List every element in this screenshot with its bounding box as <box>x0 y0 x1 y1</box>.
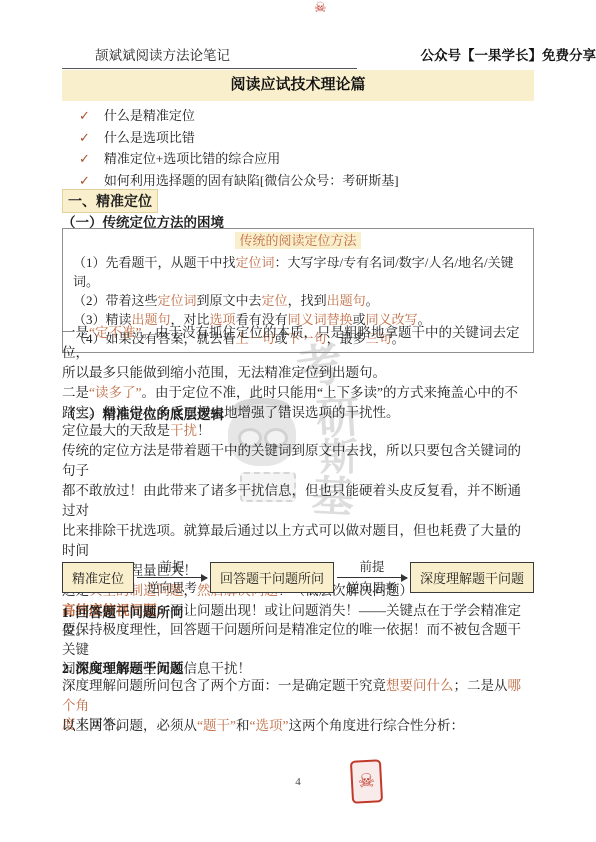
flow-node: 深度理解题干问题 <box>410 562 534 593</box>
point-heading: 2. 深度理解题干问题 <box>62 657 534 677</box>
list-item: ✓什么是选项比错 <box>62 127 534 149</box>
check-icon: ✓ <box>79 108 90 123</box>
point-heading: 1. 回答题干问题所问 <box>62 601 534 621</box>
check-icon: ✓ <box>79 151 90 166</box>
arrow-right-icon <box>337 577 407 578</box>
check-icon: ✓ <box>79 130 90 145</box>
topic-checklist: ✓什么是精准定位 ✓什么是选项比错 ✓精准定位+选项比错的综合应用 ✓如何利用选… <box>62 105 534 191</box>
arrow-head-icon <box>201 574 208 582</box>
share-note: 公众号【一果学长】免费分享 <box>362 44 596 64</box>
page-title: 阅读应试技术理论篇 <box>62 70 534 101</box>
list-item-label: 如何利用选择题的固有缺陷[微信公众号：考研斯基] <box>104 173 399 188</box>
list-item-label: 什么是选项比错 <box>104 130 195 145</box>
section-heading: 一、精准定位 <box>62 189 158 213</box>
subsection-heading: （二）精准定位的底层逻辑 <box>62 403 534 423</box>
text-line: 定位最大的天敌是干扰！ <box>62 421 534 441</box>
skull-icon: ☠ <box>314 1 327 17</box>
flow-node: 精准定位 <box>62 562 134 593</box>
skull-icon: ☠ <box>357 770 375 794</box>
text-line: （1）先看题干，从题干中找定位词：大写字母/专有名词/数字/人名/地名/关键词。 <box>73 253 523 291</box>
flow-arrow: 前提 逆向思考 <box>337 560 407 595</box>
text-line: 都不敢放过！由此带来了诸多干扰信息，但也只能硬着头皮反复看，并不断通过对 <box>62 481 534 521</box>
text-line: 一是“定不准”。由于没有抓住定位的本质，只是粗略地拿题干中的关键词去定位， <box>62 323 534 363</box>
arrow-right-icon <box>137 577 207 578</box>
list-item-label: 精准定位+选项比错的综合应用 <box>104 151 280 166</box>
section-one: 一、精准定位 <box>62 189 534 213</box>
text-line: 要保持极度理性，回答题干问题所问是精准定位的唯一依据！而不被包含题干关键 <box>62 620 534 659</box>
arrow-top-label: 前提 <box>360 560 385 574</box>
method-box-title: 传统的阅读定位方法 <box>235 232 360 249</box>
flow-node: 回答题干问题所问 <box>210 562 334 593</box>
text-line: （2）带着这些定位词到原文中去定位，找到出题句。 <box>73 291 523 310</box>
list-item: ✓如何利用选择题的固有缺陷[微信公众号：考研斯基] <box>62 170 534 192</box>
page-header: 颉斌斌阅读方法论笔记 公众号【一果学长】免费分享 <box>62 44 534 69</box>
list-item: ✓精准定位+选项比错的综合应用 <box>62 148 534 170</box>
arrow-head-icon <box>401 574 408 582</box>
flow-arrow: 前提 逆向思考 <box>137 560 207 595</box>
list-item-label: 什么是精准定位 <box>104 108 195 123</box>
arrow-bottom-label: 逆向思考 <box>347 581 397 595</box>
paragraph-closing: 以上两个问题，必须从“题干”和“选项”这两个角度进行综合性分析： <box>62 716 534 736</box>
check-icon: ✓ <box>79 173 90 188</box>
text-line: 比来排除干扰选项。就算最后通过以上方式可以做对题目，但也耗费了大量的时间 <box>62 521 534 561</box>
list-item: ✓什么是精准定位 <box>62 105 534 127</box>
text-line: 传统的定位方法是带着题干中的关键词到原文中去找，所以只要包含关键词的句子 <box>62 441 534 481</box>
notebook-title: 颉斌斌阅读方法论笔记 <box>62 44 357 69</box>
arrow-bottom-label: 逆向思考 <box>147 581 197 595</box>
text-line: 以上两个问题，必须从“题干”和“选项”这两个角度进行综合性分析： <box>62 716 534 736</box>
method-box-title-row: 传统的阅读定位方法 <box>73 232 523 251</box>
flow-diagram: 精准定位 前提 逆向思考 回答题干问题所问 前提 逆向思考 深度理解题干问题 <box>62 560 534 595</box>
arrow-top-label: 前提 <box>160 560 185 574</box>
text-line: 所以最多只能做到缩小范围，无法精准定位到出题句。 <box>62 363 534 383</box>
text-line: 深度理解问题所问包含了两个方面：一是确定题干究竟想要问什么；二是从哪个角 <box>62 676 534 715</box>
page-number: 4 <box>0 776 596 788</box>
document-page: 考 研 斯 基 ☠ ☠ 颉斌斌阅读方法论笔记 公众号【一果学长】免费分享 阅读应… <box>0 0 596 842</box>
skull-seal-icon: ☠ <box>350 759 383 804</box>
text-line: 二是“读多了”。由于定位不准，此时只能用“上下多读”的方式来掩盖心中的不 <box>62 383 534 403</box>
